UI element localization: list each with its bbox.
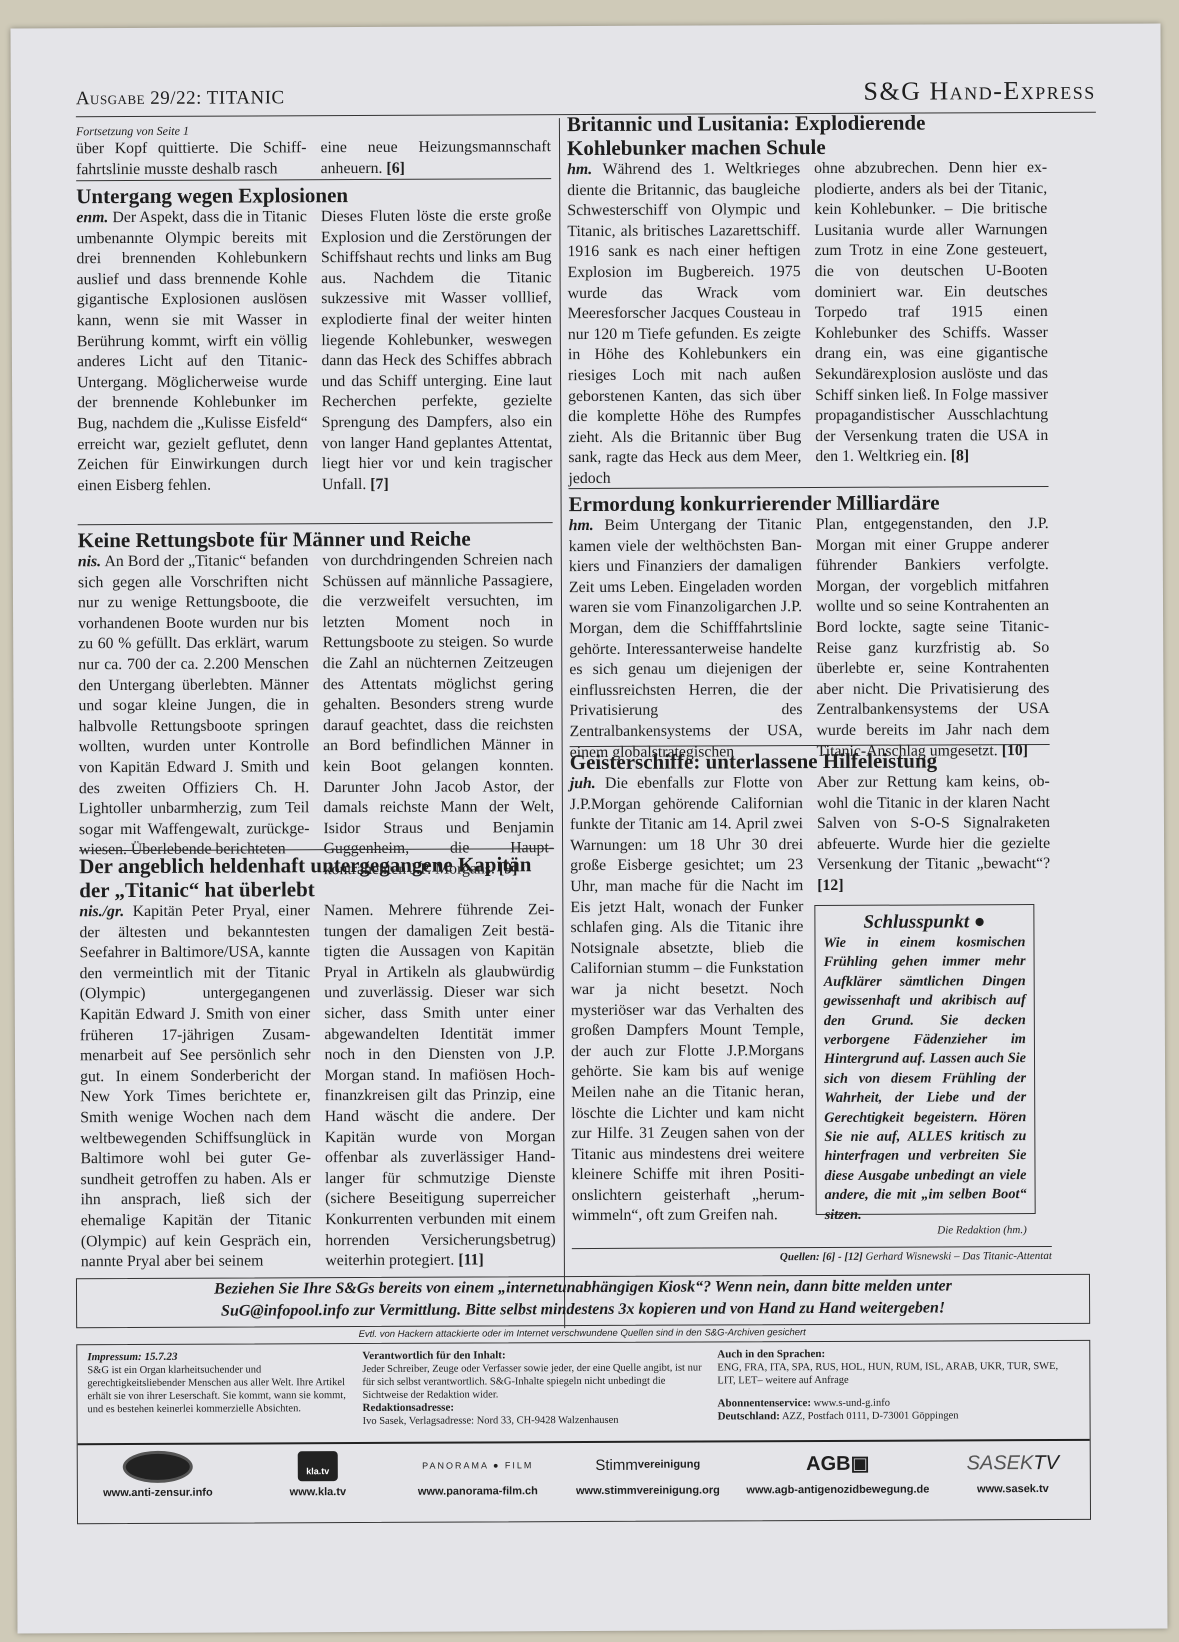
- logo-klatv[interactable]: kla.tv www.kla.tv: [258, 1450, 378, 1500]
- ref: [6]: [386, 159, 404, 176]
- panorama-film-icon: PANORAMA ● FILM: [398, 1449, 558, 1482]
- schlusspunkt-box: Schlusspunkt ● Wie in einem kosmischen F…: [814, 904, 1035, 1215]
- article-title: Der angeblich heldenhaft untergegangene …: [79, 852, 554, 902]
- article-kapitaen: Der angeblich heldenhaft untergegangene …: [79, 852, 556, 1273]
- article-title: Britannic und Lusitania: Explodierende K…: [567, 110, 1047, 160]
- archive-note: Evtl. von Hackern attackierte oder im In…: [76, 1326, 1088, 1341]
- article-title: Untergang wegen Explosionen: [76, 182, 551, 208]
- agb-icon: AGB▣: [738, 1447, 938, 1480]
- logo-agb[interactable]: AGB▣ www.agb-antigenozidbewegung.de: [738, 1447, 938, 1497]
- article-title: Keine Rettungsbote für Männer und Reiche: [78, 526, 553, 552]
- schlusspunkt-title: Schlusspunkt ●: [823, 911, 1025, 934]
- kiosk-box: Beziehen Sie Ihre S&Gs bereits von einem…: [76, 1274, 1090, 1328]
- azk-eye-icon: [123, 1451, 193, 1483]
- continuation-col1: über Kopf quittierte. Die Schiff­fahrtsl…: [76, 138, 307, 180]
- article-rettungsboote: Keine Rettungsbote für Männer und Reiche…: [78, 526, 555, 882]
- abo-link[interactable]: www.s-und-g.info: [814, 1398, 890, 1409]
- article-milliardaere: Ermordung konkurrierender Milliardäre hm…: [569, 490, 1050, 763]
- logo-sasektv[interactable]: SASEKTV www.sasek.tv: [958, 1447, 1068, 1496]
- divider: [572, 1246, 1052, 1249]
- logo-stimmvereinigung[interactable]: Stimmvereinigung www.stimmvereinigung.or…: [568, 1448, 728, 1498]
- newspaper-page: Ausgabe 29/22: TITANIC S&G Hand-Express …: [11, 23, 1168, 1633]
- partner-logos: www.anti-zensur.info kla.tv www.kla.tv P…: [78, 1439, 1090, 1515]
- column-divider: [559, 118, 565, 1328]
- masthead: Ausgabe 29/22: TITANIC S&G Hand-Express: [76, 62, 1096, 117]
- article-explosionen: Untergang wegen Explosionen enm. Der Asp…: [76, 182, 552, 496]
- logo-panorama[interactable]: PANORAMA ● FILM www.panorama-film.ch: [398, 1449, 558, 1499]
- brand-title: S&G Hand-Express: [863, 76, 1095, 107]
- divider: [78, 522, 553, 525]
- continuation-col2: eine neue Heizungsmannschaft anheuern. […: [320, 137, 551, 179]
- impressum-title: Impressum: 15.7.23: [87, 1351, 177, 1363]
- schlusspunkt-signature: Die Redaktion (hm.): [825, 1224, 1027, 1237]
- sasektv-icon: SASEKTV: [958, 1447, 1068, 1479]
- sources: Quellen: [6] - [12] Gerhard Wisnewski – …: [572, 1250, 1052, 1264]
- schlusspunkt-body: Wie in einem kosmischen Frühling gehen i…: [823, 933, 1026, 1225]
- article-britannic: Britannic und Lusitania: Explodierende K…: [567, 110, 1049, 490]
- article-title: Geisterschiffe: unterlassene Hilfeleistu…: [570, 748, 1050, 774]
- continuation: Fortsetzung von Seite 1 über Kopf quitti…: [76, 122, 551, 180]
- issue-label: Ausgabe 29/22: TITANIC: [76, 87, 285, 110]
- klatv-icon: kla.tv: [298, 1451, 338, 1481]
- logo-azk[interactable]: www.anti-zensur.info: [88, 1451, 228, 1501]
- article-title: Ermordung konkurrierender Milliardäre: [569, 490, 1049, 516]
- author: enm.: [76, 209, 108, 226]
- stimmvereinigung-icon: Stimmvereinigung: [568, 1448, 728, 1481]
- impressum-box: Impressum: 15.7.23 S&G ist ein Organ kla…: [76, 1340, 1091, 1524]
